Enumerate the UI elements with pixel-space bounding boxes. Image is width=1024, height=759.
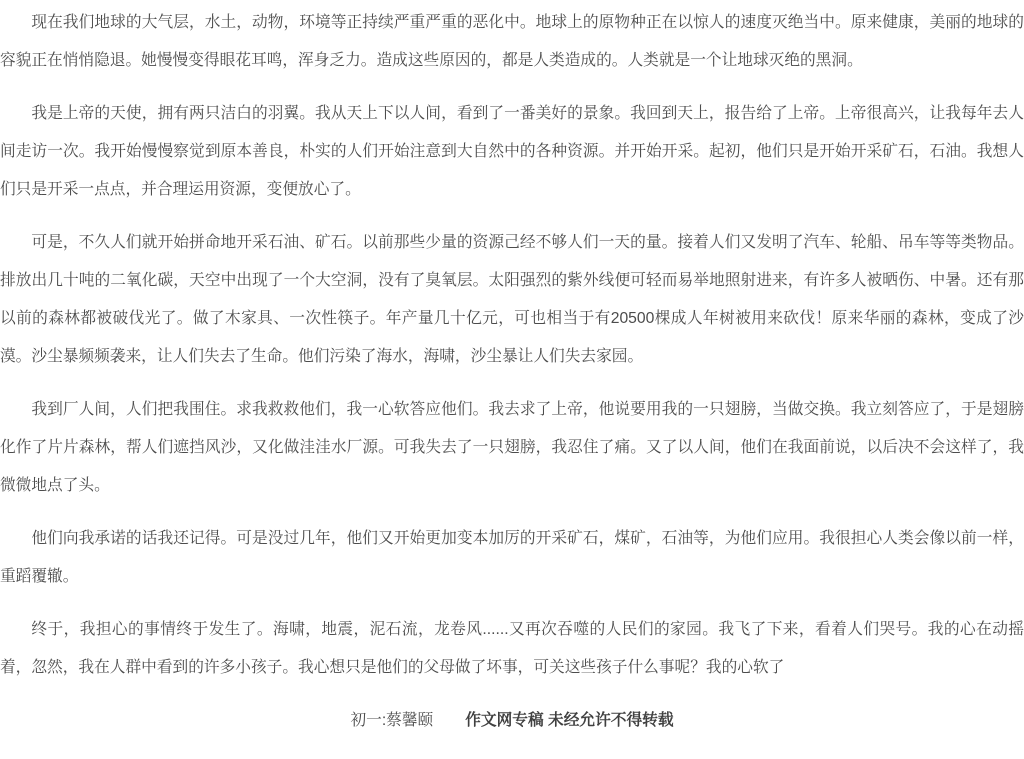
essay-paragraph: 我是上帝的天使，拥有两只洁白的羽翼。我从天上下以人间，看到了一番美好的景象。我回… [0,95,1024,209]
essay-paragraph: 终于，我担心的事情终于发生了。海啸，地震，泥石流，龙卷风......又再次吞噬的… [0,611,1024,687]
essay-paragraph: 我到厂人间，人们把我围住。求我救救他们，我一心软答应他们。我去求了上帝，他说要用… [0,391,1024,505]
author-label: 初一:蔡馨颐 [350,712,433,729]
essay-page: 现在我们地球的大气层，水土，动物，环境等正持续严重严重的恶化中。地球上的原物种正… [0,0,1024,740]
essay-footer: 初一:蔡馨颐作文网专稿 未经允许不得转载 [0,702,1024,740]
copyright-notice: 作文网专稿 未经允许不得转载 [465,712,673,729]
essay-paragraph: 现在我们地球的大气层，水土，动物，环境等正持续严重严重的恶化中。地球上的原物种正… [0,4,1024,80]
essay-paragraph: 他们向我承诺的话我还记得。可是没过几年，他们又开始更加变本加厉的开采矿石，煤矿，… [0,520,1024,596]
essay-paragraph: 可是，不久人们就开始拼命地开采石油、矿石。以前那些少量的资源己经不够人们一天的量… [0,224,1024,376]
